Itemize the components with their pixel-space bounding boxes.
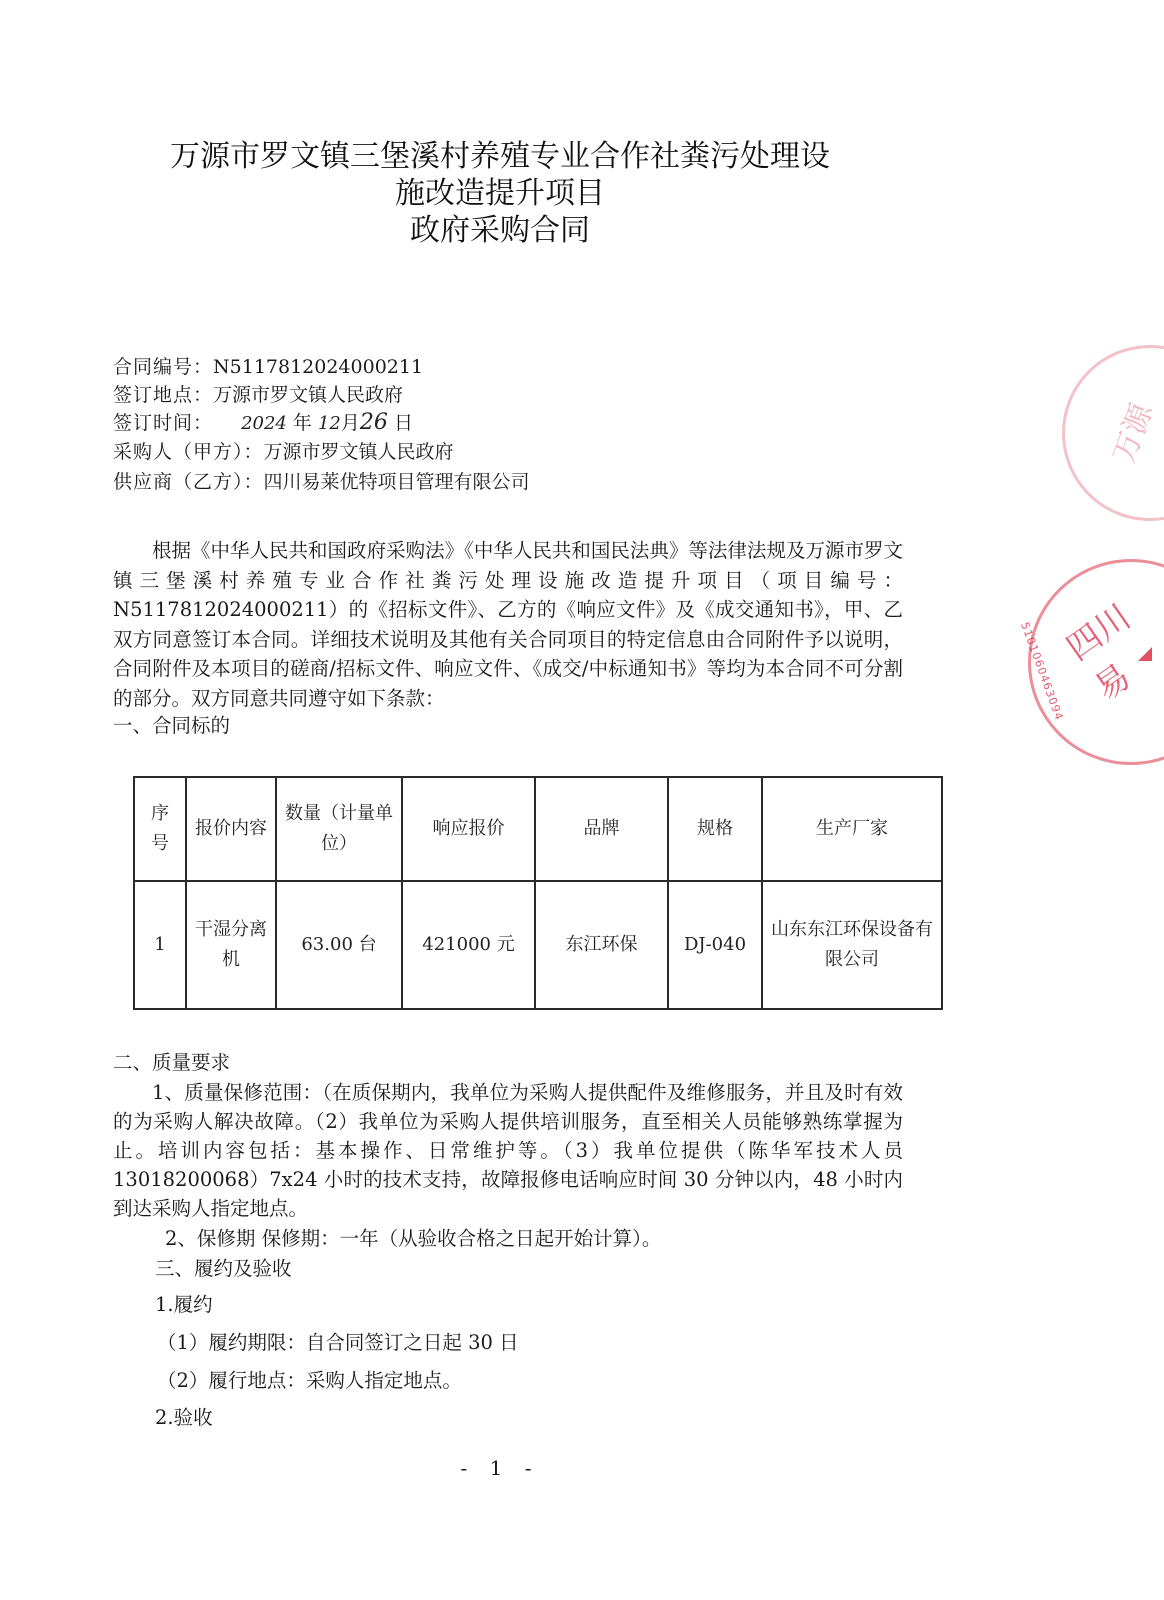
performance-place: （2）履行地点：采购人指定地点。 xyxy=(157,1368,462,1394)
contract-number-line: 合同编号：N5117812024000211 xyxy=(113,355,423,379)
handwritten-day: 26 xyxy=(360,411,388,435)
seal-star-icon xyxy=(1138,647,1152,661)
cell-brand: 东江环保 xyxy=(535,881,668,1009)
handwritten-month: 12 xyxy=(318,412,341,436)
contract-items-table: 序号 报价内容 数量（计量单位） 响应报价 品牌 规格 生产厂家 1 干湿分离机… xyxy=(133,776,943,1010)
month-char: 月 xyxy=(341,412,360,434)
preamble-paragraph: 根据《中华人民共和国政府采购法》《中华人民共和国民法典》等法律法规及万源市罗文镇… xyxy=(113,536,903,713)
contract-number-label: 合同编号： xyxy=(113,356,213,378)
acceptance-heading: 2.验收 xyxy=(155,1405,213,1431)
supplier-label: 供应商（乙方）： xyxy=(113,471,264,493)
supplier-line: 供应商（乙方）：四川易莱优特项目管理有限公司 xyxy=(113,470,530,494)
quality-item-1: 1、质量保修范围：（在质保期内，我单位为采购人提供配件及维修服务，并且及时有效的… xyxy=(113,1078,903,1223)
cell-manufacturer: 山东东江环保设备有限公司 xyxy=(762,881,942,1009)
cell-spec: DJ-040 xyxy=(668,881,762,1009)
table-header-row: 序号 报价内容 数量（计量单位） 响应报价 品牌 规格 生产厂家 xyxy=(134,777,942,881)
seal-lower-fragment: 四川易 5101060463094 xyxy=(1020,555,1164,770)
sign-place-line: 签订地点：万源市罗文镇人民政府 xyxy=(113,383,403,407)
sign-place-label: 签订地点： xyxy=(113,384,213,406)
supplier-value: 四川易莱优特项目管理有限公司 xyxy=(264,471,530,493)
table-row: 1 干湿分离机 63.00 台 421000 元 东江环保 DJ-040 山东东… xyxy=(134,881,942,1009)
section-3-heading: 三、履约及验收 xyxy=(155,1256,292,1282)
section-1-heading: 一、合同标的 xyxy=(113,713,230,739)
document-title-line-3: 政府采购合同 xyxy=(0,212,1000,250)
quality-item-2: 2、保修期 保修期：一年（从验收合格之日起开始计算）。 xyxy=(165,1226,661,1252)
year-char: 年 xyxy=(293,412,312,434)
purchaser-line: 采购人（甲方）：万源市罗文镇人民政府 xyxy=(113,440,454,464)
header-spec: 规格 xyxy=(668,777,762,881)
sign-time-line: 签订时间： 2024 年 12月26 日 xyxy=(113,411,413,436)
purchaser-label: 采购人（甲方）： xyxy=(113,441,264,463)
contract-number-value: N5117812024000211 xyxy=(213,356,423,378)
purchaser-value: 万源市罗文镇人民政府 xyxy=(264,441,454,463)
cell-quote-content: 干湿分离机 xyxy=(186,881,276,1009)
header-serial: 序号 xyxy=(134,777,186,881)
header-response-price: 响应报价 xyxy=(402,777,535,881)
header-quote-content: 报价内容 xyxy=(186,777,276,881)
sign-time-label: 签订时间： xyxy=(113,412,213,434)
performance-term: （1）履约期限：自合同签订之日起 30 日 xyxy=(157,1330,519,1356)
document-title-line-2: 施改造提升项目 xyxy=(0,175,1000,213)
sign-place-value: 万源市罗文镇人民政府 xyxy=(213,384,403,406)
cell-serial: 1 xyxy=(134,881,186,1009)
header-manufacturer: 生产厂家 xyxy=(762,777,942,881)
handwritten-year: 2024 xyxy=(241,412,287,436)
section-2-heading: 二、质量要求 xyxy=(113,1050,230,1076)
seal-upper-fragment: 万源 xyxy=(1060,340,1164,530)
page-number: - 1 - xyxy=(0,1456,1000,1480)
day-char: 日 xyxy=(394,412,413,434)
cell-response-price: 421000 元 xyxy=(402,881,535,1009)
header-brand: 品牌 xyxy=(535,777,668,881)
header-quantity: 数量（计量单位） xyxy=(276,777,402,881)
cell-quantity: 63.00 台 xyxy=(276,881,402,1009)
performance-heading: 1.履约 xyxy=(155,1292,213,1318)
document-title-line-1: 万源市罗文镇三堡溪村养殖专业合作社粪污处理设 xyxy=(0,138,1000,176)
